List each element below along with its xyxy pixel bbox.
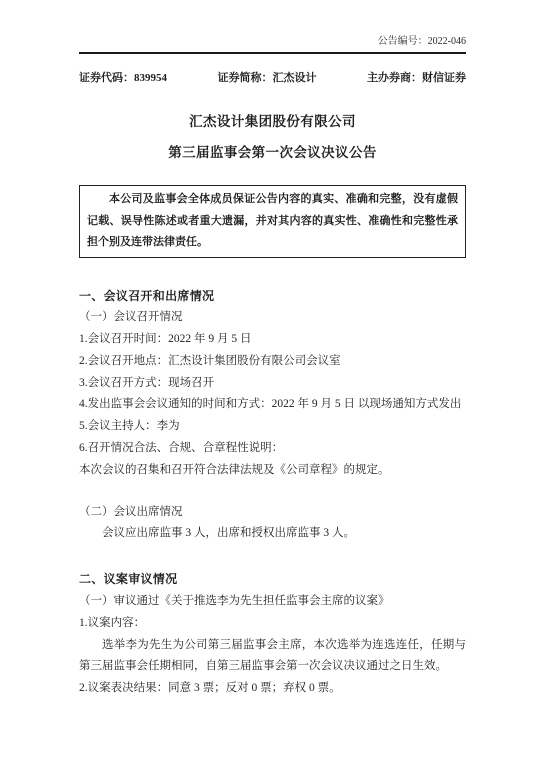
section2-heading: 二、议案审议情况	[79, 569, 466, 591]
section1-heading: 一、会议召开和出席情况	[79, 286, 466, 308]
securities-short-name-value: 汇杰设计	[273, 72, 317, 84]
header-divider-line	[79, 52, 466, 54]
sponsor-broker-label: 主办券商：	[367, 72, 422, 84]
disclaimer-text: 本公司及监事会全体成员保证公告内容的真实、准确和完整，没有虚假记载、误导性陈述或…	[87, 189, 458, 254]
meeting-notice-item: 4.发出监事会会议通知的时间和方式：2022 年 9 月 5 日 以现场通知方式…	[79, 394, 466, 416]
section1-sub1-heading: （一）会议召开情况	[79, 307, 466, 329]
securities-short-name: 证券简称：汇杰设计	[218, 71, 317, 85]
announcement-title: 第三届监事会第一次会议决议公告	[79, 144, 466, 162]
sponsor-broker: 主办券商：财信证券	[367, 71, 466, 85]
document-page: 公告编号：2022-046 证券代码：839954 证券简称：汇杰设计 主办券商…	[0, 0, 545, 771]
securities-short-name-label: 证券简称：	[218, 72, 273, 84]
document-body: 一、会议召开和出席情况 （一）会议召开情况 1.会议召开时间：2022 年 9 …	[79, 286, 466, 701]
securities-header-row: 证券代码：839954 证券简称：汇杰设计 主办券商：财信证券	[79, 71, 466, 85]
meeting-time-item: 1.会议召开时间：2022 年 9 月 5 日	[79, 329, 466, 351]
legality-label-item: 6.召开情况合法、合规、合章程性说明：	[79, 438, 466, 460]
attendance-note: 会议应出席监事 3 人，出席和授权出席监事 3 人。	[79, 523, 466, 545]
announcement-number: 公告编号：2022-046	[79, 36, 466, 48]
section2-sub1-heading: （一）审议通过《关于推选李为先生担任监事会主席的议案》	[79, 591, 466, 613]
securities-code: 证券代码：839954	[79, 71, 167, 85]
proposal-content: 选举李为先生为公司第三届监事会主席，本次选举为连选连任，任期与第三届监事会任期相…	[79, 635, 466, 679]
section1-sub2-heading: （二）会议出席情况	[79, 502, 466, 524]
disclaimer-box: 本公司及监事会全体成员保证公告内容的真实、准确和完整，没有虚假记载、误导性陈述或…	[79, 185, 466, 258]
sponsor-broker-value: 财信证券	[422, 72, 466, 84]
legality-note: 本次会议的召集和召开符合法律法规及《公司章程》的规定。	[79, 460, 466, 482]
proposal-content-label: 1.议案内容：	[79, 613, 466, 635]
company-title: 汇杰设计集团股份有限公司	[79, 113, 466, 131]
vote-result: 2.议案表决结果：同意 3 票；反对 0 票；弃权 0 票。	[79, 678, 466, 700]
meeting-place-item: 2.会议召开地点：汇杰设计集团股份有限公司会议室	[79, 351, 466, 373]
meeting-method-item: 3.会议召开方式：现场召开	[79, 373, 466, 395]
securities-code-label: 证券代码：	[79, 72, 134, 84]
securities-code-value: 839954	[134, 72, 167, 84]
meeting-host-item: 5.会议主持人：李为	[79, 416, 466, 438]
